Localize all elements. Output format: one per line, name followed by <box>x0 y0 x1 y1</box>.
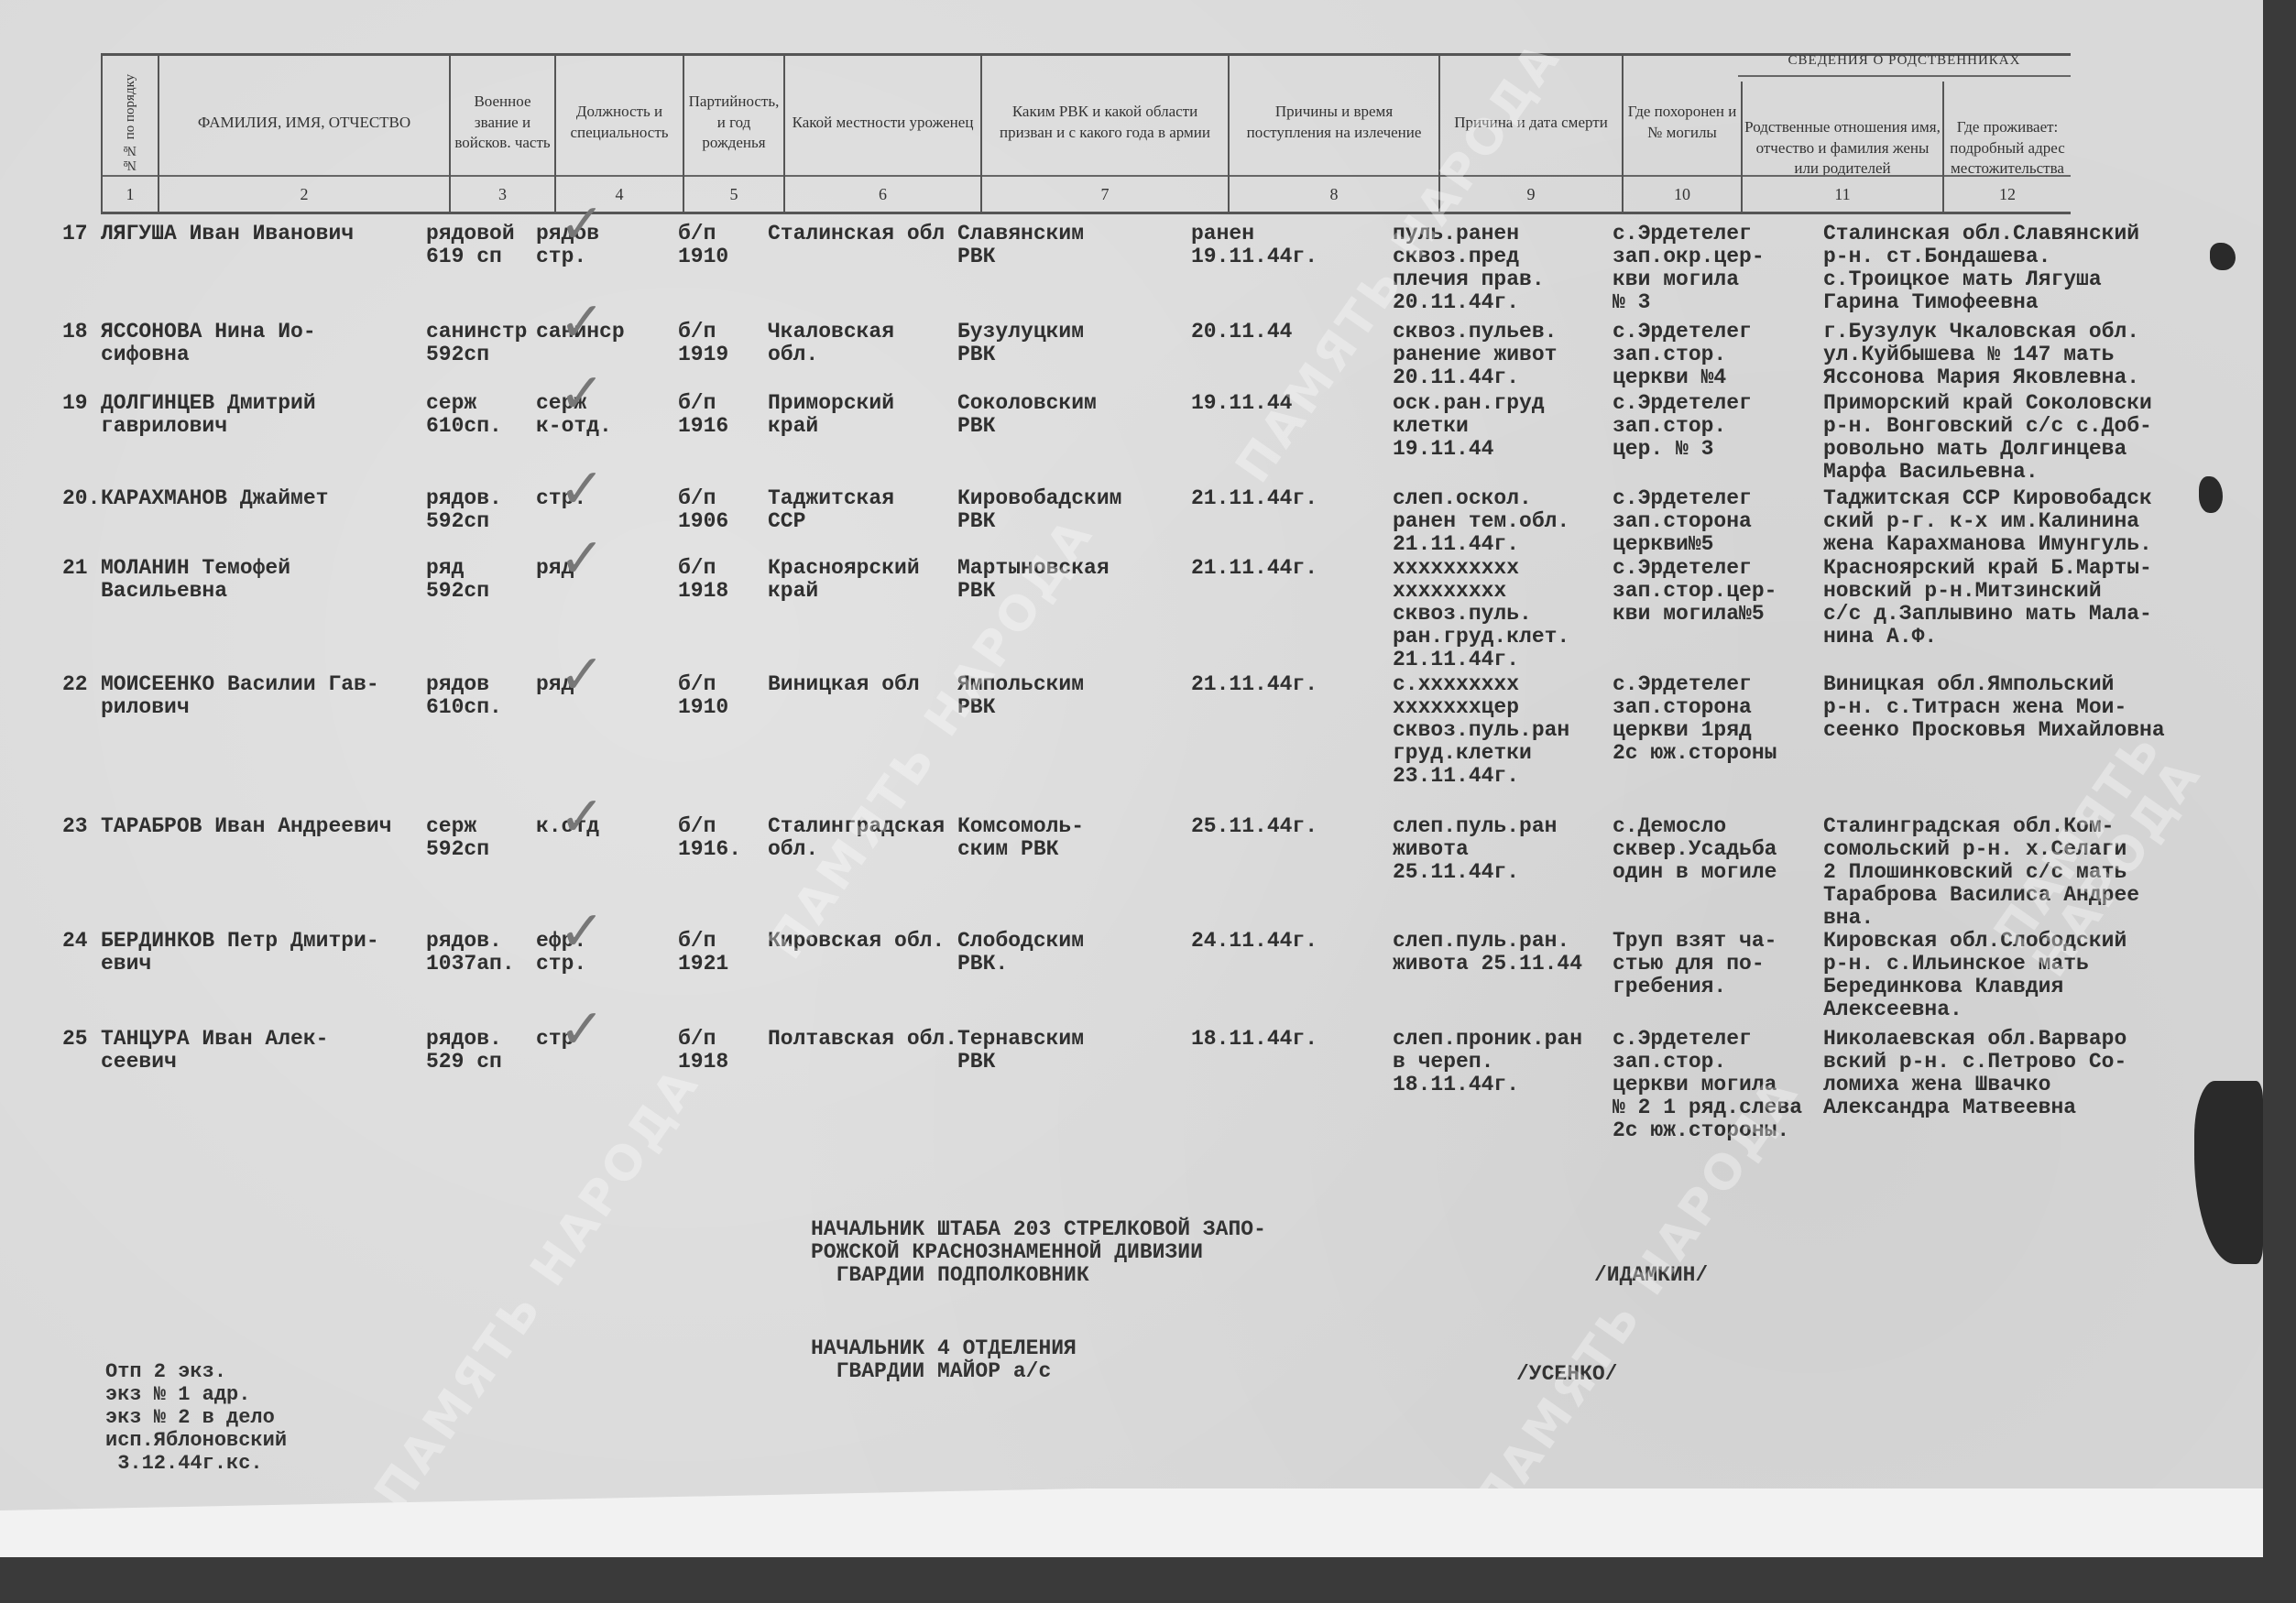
cell-death: слеп.пуль.ран живота 25.11.44г. <box>1393 815 1557 884</box>
check-mark-icon: ✓ <box>559 1019 605 1041</box>
cell-party-year: б/п 1919 <box>678 321 728 366</box>
header-column-11: Родственные отношения имя, отчество и фа… <box>1741 82 1942 212</box>
cell-admitted: 21.11.44г. <box>1191 487 1317 510</box>
cell-death: сквоз.пульев. ранение живот 20.11.44г. <box>1393 321 1557 389</box>
cell-death: оск.ран.груд клетки 19.11.44 <box>1393 392 1545 461</box>
header-column-1: №№ по порядку1 <box>101 56 158 212</box>
cell-birthplace: Красноярский край <box>768 557 920 603</box>
header-label: Партийность, и год рожденья <box>686 72 782 173</box>
cell-num: 23 <box>62 815 88 838</box>
cell-admitted: 20.11.44 <box>1191 321 1292 343</box>
check-mark-icon: ✓ <box>559 548 605 571</box>
cell-death: слеп.оскол. ранен тем.обл. 21.11.44г. <box>1393 487 1569 556</box>
cell-rank: серж 610сп. <box>426 392 502 438</box>
header-label: ФАМИЛИЯ, ИМЯ, ОТЧЕСТВО <box>161 72 447 173</box>
header-label: Каким РВК и какой области призван и с ка… <box>984 72 1226 173</box>
cell-party-year: б/п 1906 <box>678 487 728 533</box>
cell-party-year: б/п 1916. <box>678 815 741 861</box>
cell-num: 19 <box>62 392 88 415</box>
header-column-6: Какой местности уроженец6 <box>783 56 980 212</box>
header-number: 6 <box>785 175 980 212</box>
cell-burial: с.Демосло сквер.Усадьба один в могиле <box>1613 815 1777 884</box>
cell-name: ЛЯГУША Иван Иванович <box>101 223 354 245</box>
check-mark-icon: ✓ <box>559 213 605 236</box>
cell-party-year: б/п 1918 <box>678 1028 728 1074</box>
header-column-5: Партийность, и год рожденья5 <box>683 56 783 212</box>
cell-death: xxxxxxxxxx xxxxxxxxx сквоз.пуль. ран.гру… <box>1393 557 1569 671</box>
cell-burial: с.Эрдетелег зап.стор.цер- кви могила№5 <box>1613 557 1777 626</box>
cell-rank: рядов 610сп. <box>426 673 502 719</box>
header-number: 2 <box>159 175 449 212</box>
cell-death: с.xxxxxxxx xxxxxxxцер сквоз.пуль.ран гру… <box>1393 673 1569 788</box>
header-label: Какой местности уроженец <box>787 72 979 173</box>
cell-birthplace: Сталинская обл <box>768 223 945 245</box>
cell-party-year: б/п 1921 <box>678 930 728 976</box>
cell-party-year: б/п 1910 <box>678 673 728 719</box>
cell-name: МОЛАНИН Темофей Васильевна <box>101 557 290 603</box>
cell-rvk: Слободским РВК. <box>957 930 1084 976</box>
cell-name: МОИСЕЕНКО Василии Гав- рилович <box>101 673 379 719</box>
cell-num: 22 <box>62 673 88 696</box>
cell-name: БЕРДИНКОВ Петр Дмитри- евич <box>101 930 379 976</box>
header-number: 3 <box>451 175 554 212</box>
cell-relatives: Приморский край Соколовски р-н. Вонговск… <box>1823 392 2152 484</box>
check-mark-icon: ✓ <box>559 664 605 687</box>
header-number: 10 <box>1624 175 1741 212</box>
check-mark-icon: ✓ <box>559 311 605 334</box>
chief-of-staff-title: НАЧАЛЬНИК ШТАБА 203 СТРЕЛКОВОЙ ЗАПО- РОЖ… <box>811 1218 1266 1287</box>
cell-rank: серж 592сп <box>426 815 489 861</box>
cell-admitted: ранен 19.11.44г. <box>1191 223 1317 268</box>
cell-burial: с.Эрдетелег зап.сторона церкви 1ряд 2с ю… <box>1613 673 1777 765</box>
cell-admitted: 24.11.44г. <box>1191 930 1317 953</box>
cell-name: ТАНЦУРА Иван Алек- сеевич <box>101 1028 328 1074</box>
header-number: 12 <box>1944 175 2071 212</box>
cell-name: ДОЛГИНЦЕВ Дмитрий гаврилович <box>101 392 316 438</box>
cell-relatives: Виницкая обл.Ямпольский р-н. с.Титрасн ж… <box>1823 673 2165 742</box>
cell-name: ЯССОНОВА Нина Ио- сифовна <box>101 321 316 366</box>
cell-relatives: Николаевская обл.Варваро вский р-н. с.Пе… <box>1823 1028 2127 1119</box>
cell-death: слеп.пуль.ран. живота 25.11.44 <box>1393 930 1582 976</box>
watermark: ПАМЯТЬ НАРОДА <box>367 1059 707 1517</box>
cell-burial: с.Эрдетелег зап.окр.цер- кви могила № 3 <box>1613 223 1765 314</box>
header-number: 1 <box>103 175 158 212</box>
scan-background <box>0 1557 2296 1603</box>
header-column-4: Должность и специальность4 <box>554 56 683 212</box>
header-column-10: Где похоронен и № могилы10 <box>1622 56 1741 212</box>
cell-num: 24 <box>62 930 88 953</box>
cell-burial: Труп взят ча- стью для по- гребения. <box>1613 930 1777 998</box>
cell-party-year: б/п 1918 <box>678 557 728 603</box>
check-mark-icon: ✓ <box>559 478 605 501</box>
cell-relatives: Таджитская ССР Кировобадск ский р-г. к-х… <box>1823 487 2152 556</box>
cell-num: 17 <box>62 223 88 245</box>
cell-birthplace: Полтавская обл. <box>768 1028 957 1051</box>
header-column-12: Где проживает: подробный адрес местожите… <box>1942 82 2071 212</box>
paper-strip <box>0 1488 2263 1562</box>
distribution-note: Отп 2 экз. экз № 1 адр. экз № 2 в дело и… <box>105 1360 287 1475</box>
cell-party-year: б/п 1916 <box>678 392 728 438</box>
cell-relatives: Красноярский край Б.Марты- новский р-н.М… <box>1823 557 2152 649</box>
relatives-group-header: СВЕДЕНИЯ О РОДСТВЕННИКАХ <box>1738 53 2071 77</box>
document-page: СВЕДЕНИЯ О РОДСТВЕННИКАХ №№ по порядку1Ф… <box>0 0 2263 1603</box>
cell-num: 20. <box>62 487 100 510</box>
cell-rank: санинстр 592сп <box>426 321 527 366</box>
cell-death: слеп.проник.ран в череп. 18.11.44г. <box>1393 1028 1582 1096</box>
check-mark-icon: ✓ <box>559 806 605 829</box>
header-label: №№ по порядку <box>104 72 156 173</box>
ink-stain <box>2199 476 2223 513</box>
cell-rvk: Тернавским РВК <box>957 1028 1084 1074</box>
header-column-2: ФАМИЛИЯ, ИМЯ, ОТЧЕСТВО2 <box>158 56 449 212</box>
cell-admitted: 18.11.44г. <box>1191 1028 1317 1051</box>
cell-admitted: 25.11.44г. <box>1191 815 1317 838</box>
cell-rvk: Соколовским РВК <box>957 392 1097 438</box>
cell-rank: рядовой 619 сп <box>426 223 515 268</box>
cell-rvk: Славянским РВК <box>957 223 1084 268</box>
cell-relatives: Сталинская обл.Славянский р-н. ст.Бондаш… <box>1823 223 2139 314</box>
cell-rank: ряд 592сп <box>426 557 489 603</box>
check-mark-icon: ✓ <box>559 383 605 406</box>
header-column-3: Военное звание и войсков. часть3 <box>449 56 554 212</box>
header-number: 5 <box>684 175 783 212</box>
cell-burial: с.Эрдетелег зап.сторона церкви№5 <box>1613 487 1752 556</box>
cell-party-year: б/п 1910 <box>678 223 728 268</box>
torn-edge <box>2194 1081 2263 1264</box>
check-mark-icon: ✓ <box>559 921 605 943</box>
cell-burial: с.Эрдетелег зап.стор. церкви №4 <box>1613 321 1752 389</box>
cell-num: 18 <box>62 321 88 343</box>
header-number: 11 <box>1743 175 1942 212</box>
cell-rvk: Комсомоль- ским РВК <box>957 815 1084 861</box>
cell-burial: с.Эрдетелег зап.стор. цер. № 3 <box>1613 392 1752 461</box>
dept-head-title: НАЧАЛЬНИК 4 ОТДЕЛЕНИЯ ГВАРДИИ МАЙОР а/с <box>811 1337 1077 1383</box>
cell-rvk: Бузулуцким РВК <box>957 321 1084 366</box>
cell-birthplace: Приморский край <box>768 392 894 438</box>
header-label: Где похоронен и № могилы <box>1625 72 1739 173</box>
cell-birthplace: Таджитская ССР <box>768 487 894 533</box>
table-header: №№ по порядку1ФАМИЛИЯ, ИМЯ, ОТЧЕСТВО2Вое… <box>101 53 2071 214</box>
header-label: Должность и специальность <box>558 72 681 173</box>
cell-relatives: г.Бузулук Чкаловская обл. ул.Куйбышева №… <box>1823 321 2139 389</box>
header-number: 7 <box>982 175 1228 212</box>
cell-name: ТАРАБРОВ Иван Андреевич <box>101 815 391 838</box>
cell-num: 21 <box>62 557 88 580</box>
header-label: Военное звание и войсков. часть <box>453 72 552 173</box>
ink-stain <box>2210 243 2236 270</box>
cell-birthplace: Виницкая обл <box>768 673 920 696</box>
cell-rank: рядов. 1037ап. <box>426 930 515 976</box>
cell-name: КАРАХМАНОВ Джаймет <box>101 487 328 510</box>
cell-rank: рядов. 529 сп <box>426 1028 502 1074</box>
cell-admitted: 21.11.44г. <box>1191 557 1317 580</box>
cell-birthplace: Чкаловская обл. <box>768 321 894 366</box>
header-column-7: Каким РВК и какой области призван и с ка… <box>980 56 1228 212</box>
cell-num: 25 <box>62 1028 88 1051</box>
cell-admitted: 21.11.44г. <box>1191 673 1317 696</box>
cell-rvk: Кировобадским РВК <box>957 487 1121 533</box>
cell-rank: рядов. 592сп <box>426 487 502 533</box>
header-label: Причины и время поступления на излечение <box>1231 72 1437 173</box>
header-column-8: Причины и время поступления на излечение… <box>1228 56 1438 212</box>
